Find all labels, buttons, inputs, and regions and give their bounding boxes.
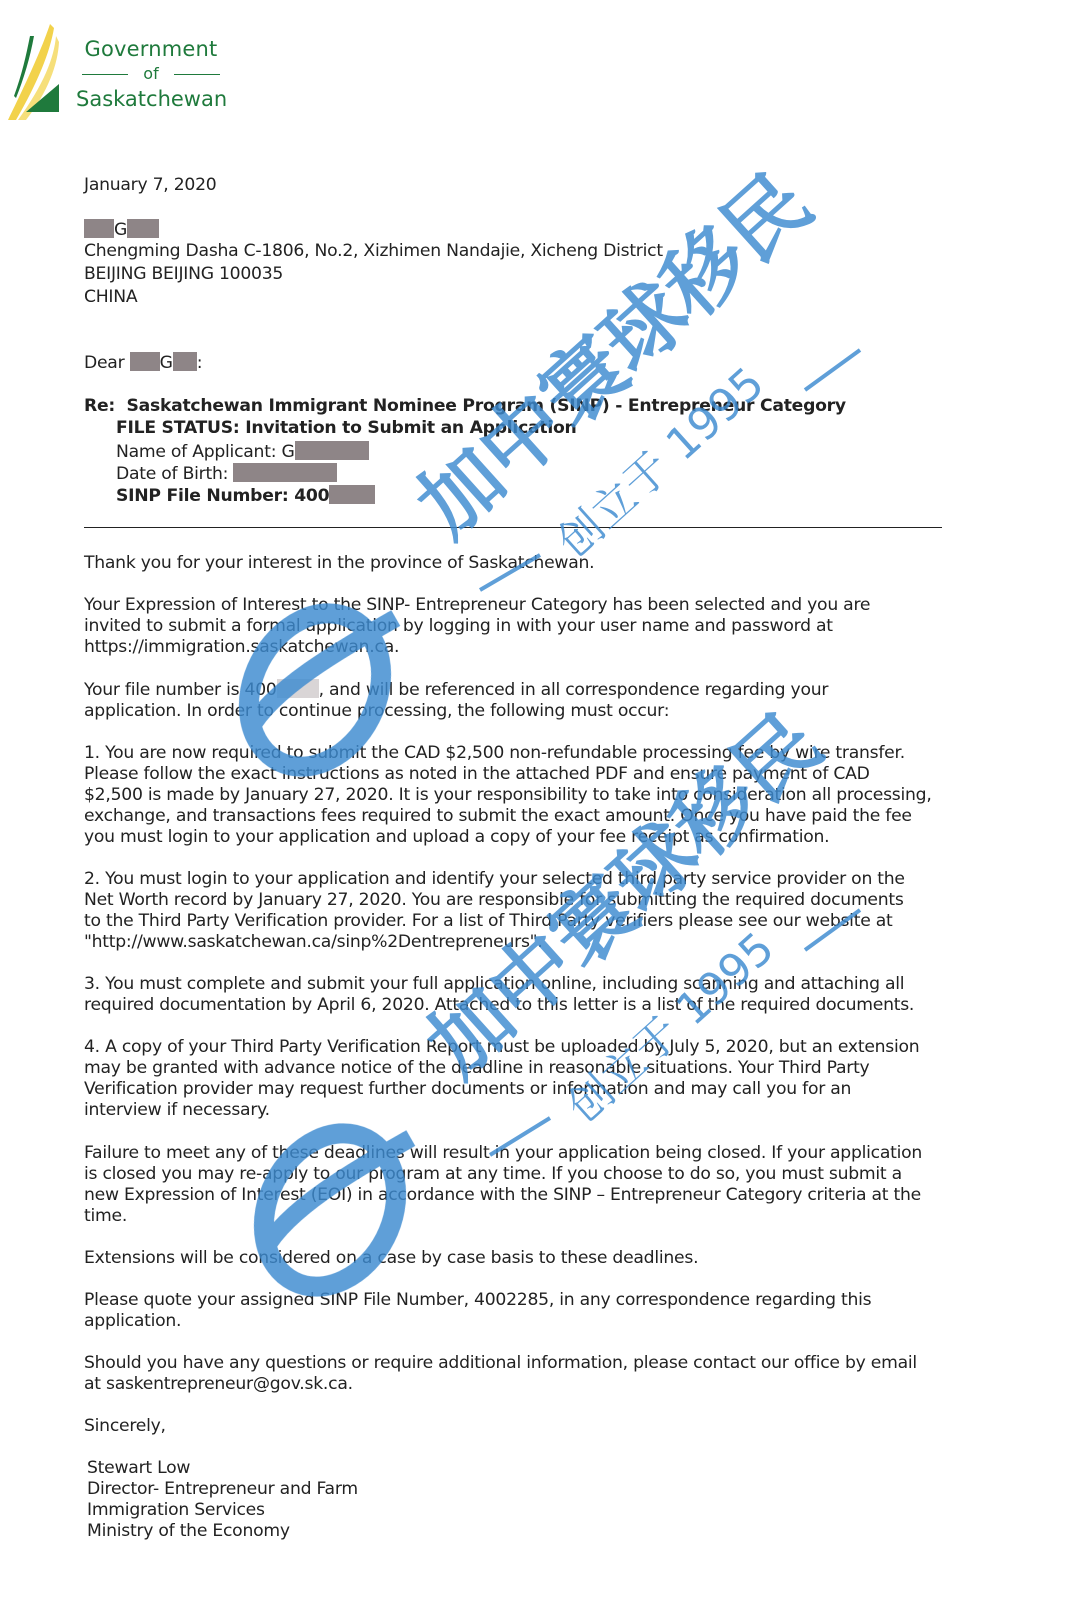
recipient-address-line1: Chengming Dasha C-1806, No.2, Xizhimen N… (84, 241, 663, 262)
text-line: Please follow the exact instructions as … (84, 764, 964, 785)
applicant-label: Name of Applicant: G (116, 442, 295, 462)
logo-text-of: of (76, 62, 226, 86)
recipient-initial: G (114, 220, 127, 240)
recipient-name: G (84, 219, 159, 241)
signatory-name: Stewart Low (87, 1458, 358, 1479)
signatory-department: Immigration Services (87, 1500, 358, 1521)
text-line: 1. You are now required to submit the CA… (84, 743, 964, 764)
redacted-block (130, 352, 160, 371)
text-line: Verification provider may request furthe… (84, 1079, 964, 1100)
text-line: Thank you for your interest in the provi… (84, 553, 964, 574)
file-status: FILE STATUS: Invitation to Submit an App… (116, 418, 577, 439)
redacted-block (277, 679, 319, 698)
text-line: application. In order to continue proces… (84, 701, 964, 722)
paragraph-item-1: 1. You are now required to submit the CA… (84, 743, 964, 848)
text-line: to the Third Party Verification provider… (84, 911, 964, 932)
letter-date: January 7, 2020 (84, 175, 216, 196)
text-line: may be granted with advance notice of th… (84, 1058, 964, 1079)
text-line: Should you have any questions or require… (84, 1353, 964, 1374)
text-line: 4. A copy of your Third Party Verificati… (84, 1037, 964, 1058)
dob-label: Date of Birth: (116, 464, 228, 484)
signatory-title: Director- Entrepreneur and Farm (87, 1479, 358, 1500)
closing: Sincerely, (84, 1416, 166, 1437)
text-line: Please quote your assigned SINP File Num… (84, 1290, 964, 1311)
watermark-brand: 加中寰球移民 (400, 155, 829, 555)
separator-line (84, 527, 942, 528)
wheat-sheaf-icon (4, 22, 70, 122)
signature-block: Stewart Low Director- Entrepreneur and F… (87, 1458, 358, 1542)
text-line: required documentation by April 6, 2020.… (84, 995, 964, 1016)
recipient-address-line2: BEIJING BEIJING 100035 (84, 264, 283, 285)
text-line: exchange, and transactions fees required… (84, 806, 964, 827)
re-subject: Saskatchewan Immigrant Nominee Program (… (126, 396, 845, 416)
paragraph-file-number: Your file number is 400, and will be ref… (84, 679, 964, 722)
signatory-ministry: Ministry of the Economy (87, 1521, 358, 1542)
text-line: Failure to meet any of these deadlines w… (84, 1143, 964, 1164)
sinp-file-number: SINP File Number: 400 (116, 485, 375, 507)
file-number-label: SINP File Number: 400 (116, 486, 329, 506)
text-line: 3. You must complete and submit your ful… (84, 974, 964, 995)
paragraph-contact: Should you have any questions or require… (84, 1353, 964, 1395)
text-line: is closed you may re-apply to our progra… (84, 1164, 964, 1185)
date-of-birth: Date of Birth: (116, 463, 337, 485)
letter-page: Government of Saskatchewan January 7, 20… (0, 0, 1080, 1618)
text-line: time. (84, 1206, 964, 1227)
redacted-block (295, 441, 369, 460)
paragraph-quote: Please quote your assigned SINP File Num… (84, 1290, 964, 1332)
text-line: 2. You must login to your application an… (84, 869, 964, 890)
redacted-block (84, 219, 114, 238)
salutation-prefix: Dear (84, 353, 130, 373)
paragraph-extensions: Extensions will be considered on a case … (84, 1248, 964, 1269)
paragraph-item-4: 4. A copy of your Third Party Verificati… (84, 1037, 964, 1121)
file-number-prefix: Your file number is 400 (84, 680, 277, 700)
paragraph-item-2: 2. You must login to your application an… (84, 869, 964, 953)
redacted-block (173, 352, 197, 371)
text-line: invited to submit a formal application b… (84, 616, 964, 637)
paragraph-thanks: Thank you for your interest in the provi… (84, 553, 964, 574)
paragraph-failure: Failure to meet any of these deadlines w… (84, 1143, 964, 1227)
re-subject-line: Re: Saskatchewan Immigrant Nominee Progr… (84, 396, 846, 417)
government-of-saskatchewan-logo: Government of Saskatchewan (4, 22, 234, 132)
text-line: you must login to your application and u… (84, 827, 964, 848)
text-line: new Expression of Interest (EOI) in acco… (84, 1185, 964, 1206)
file-number-suffix: , and will be referenced in all correspo… (319, 680, 829, 700)
text-line: application. (84, 1311, 964, 1332)
salutation-suffix: : (197, 353, 203, 373)
logo-text-saskatchewan: Saskatchewan (76, 86, 226, 112)
text-line: Your file number is 400, and will be ref… (84, 679, 964, 701)
text-line: "http://www.saskatchewan.ca/sinp%2Dentre… (84, 932, 964, 953)
text-line: Net Worth record by January 27, 2020. Yo… (84, 890, 964, 911)
text-line: Extensions will be considered on a case … (84, 1248, 964, 1269)
re-label: Re: (84, 396, 115, 416)
salutation-initial: G (160, 353, 173, 373)
salutation: Dear G: (84, 352, 202, 374)
text-line: $2,500 is made by January 27, 2020. It i… (84, 785, 964, 806)
redacted-block (329, 485, 375, 504)
text-line: interview if necessary. (84, 1100, 964, 1121)
paragraph-item-3: 3. You must complete and submit your ful… (84, 974, 964, 1016)
redacted-block (127, 219, 159, 238)
recipient-country: CHINA (84, 287, 137, 308)
text-line: https://immigration.saskatchewan.ca. (84, 637, 964, 658)
text-line: Your Expression of Interest to the SINP-… (84, 595, 964, 616)
text-line: at saskentrepreneur@gov.sk.ca. (84, 1374, 964, 1395)
paragraph-eoi: Your Expression of Interest to the SINP-… (84, 595, 964, 658)
logo-text-government: Government (76, 36, 226, 62)
redacted-block (233, 463, 337, 482)
applicant-name: Name of Applicant: G (116, 441, 369, 463)
watermark-founded: 创立于 1995 (548, 358, 774, 569)
